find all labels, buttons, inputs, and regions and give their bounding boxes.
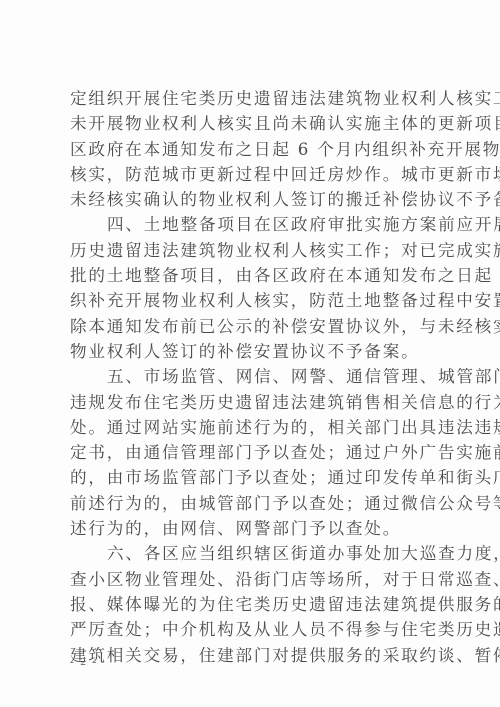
text-line: 定书，由通信管理部门予以查处；通过户外广告实施前述行为 [70, 440, 440, 465]
text-line: 违规发布住宅类历史遗留违法建筑销售相关信息的行为进行查 [70, 390, 440, 415]
text-line: 区政府在本通知发布之日起 6 个月内组织补充开展物业权利人 [70, 137, 440, 162]
text-line: 定组织开展住宅类历史遗留违法建筑物业权利人核实工作；对 [70, 86, 440, 111]
text-line: 历史遗留违法建筑物业权利人核实工作；对已完成实施方案审 [70, 238, 440, 263]
text-line: 核实，防范城市更新过程中回迁房炒作。城市更新市场主体与 [70, 162, 440, 187]
text-line: 查小区物业管理处、沿街门店等场所，对于日常巡查、群众举 [70, 567, 440, 592]
document-body: 定组织开展住宅类历史遗留违法建筑物业权利人核实工作；对未开展物业权利人核实且尚未… [70, 86, 440, 668]
page-number: - 2 - [70, 656, 98, 668]
text-line: 严厉查处；中介机构及从业人员不得参与住宅类历史遗留违法 [70, 617, 440, 642]
text-line: 批的土地整备项目，由各区政府在本通知发布之日起 6 个月内组 [70, 263, 440, 288]
text-line: 除本通知发布前已公示的补偿安置协议外，与未经核实确认的 [70, 314, 440, 339]
text-line: 织补充开展物业权利人核实，防范土地整备过程中安置房炒作。 [70, 288, 440, 313]
text-line: 建筑相关交易，住建部门对提供服务的采取约谈、暂停网签、 [70, 643, 440, 668]
paragraph-start-line: 六、各区应当组织辖区街道办事处加大巡查力度，重点巡 [70, 541, 440, 566]
text-line: 未经核实确认的物业权利人签订的搬迁补偿协议不予备案。 [70, 187, 440, 212]
text-line: 报、媒体曝光的为住宅类历史遗留违法建筑提供服务的行为， [70, 592, 440, 617]
text-line: 前述行为的，由城管部门予以查处；通过微信公众号等实施前 [70, 491, 440, 516]
document-page: 定组织开展住宅类历史遗留违法建筑物业权利人核实工作；对未开展物业权利人核实且尚未… [0, 0, 500, 707]
text-line: 处。通过网站实施前述行为的，相关部门出具违法违规行为认 [70, 415, 440, 440]
paragraph-start-line: 四、土地整备项目在区政府审批实施方案前应开展住宅类 [70, 212, 440, 237]
paragraph-start-line: 五、市场监管、网信、网警、通信管理、城管部门应当对 [70, 364, 440, 389]
text-line: 的，由市场监管部门予以查处；通过印发传单和街头广告实施 [70, 465, 440, 490]
text-line: 物业权利人签订的补偿安置协议不予备案。 [70, 339, 440, 364]
text-line: 述行为的，由网信、网警部门予以查处。 [70, 516, 440, 541]
text-line: 未开展物业权利人核实且尚未确认实施主体的更新项目，由各 [70, 111, 440, 136]
